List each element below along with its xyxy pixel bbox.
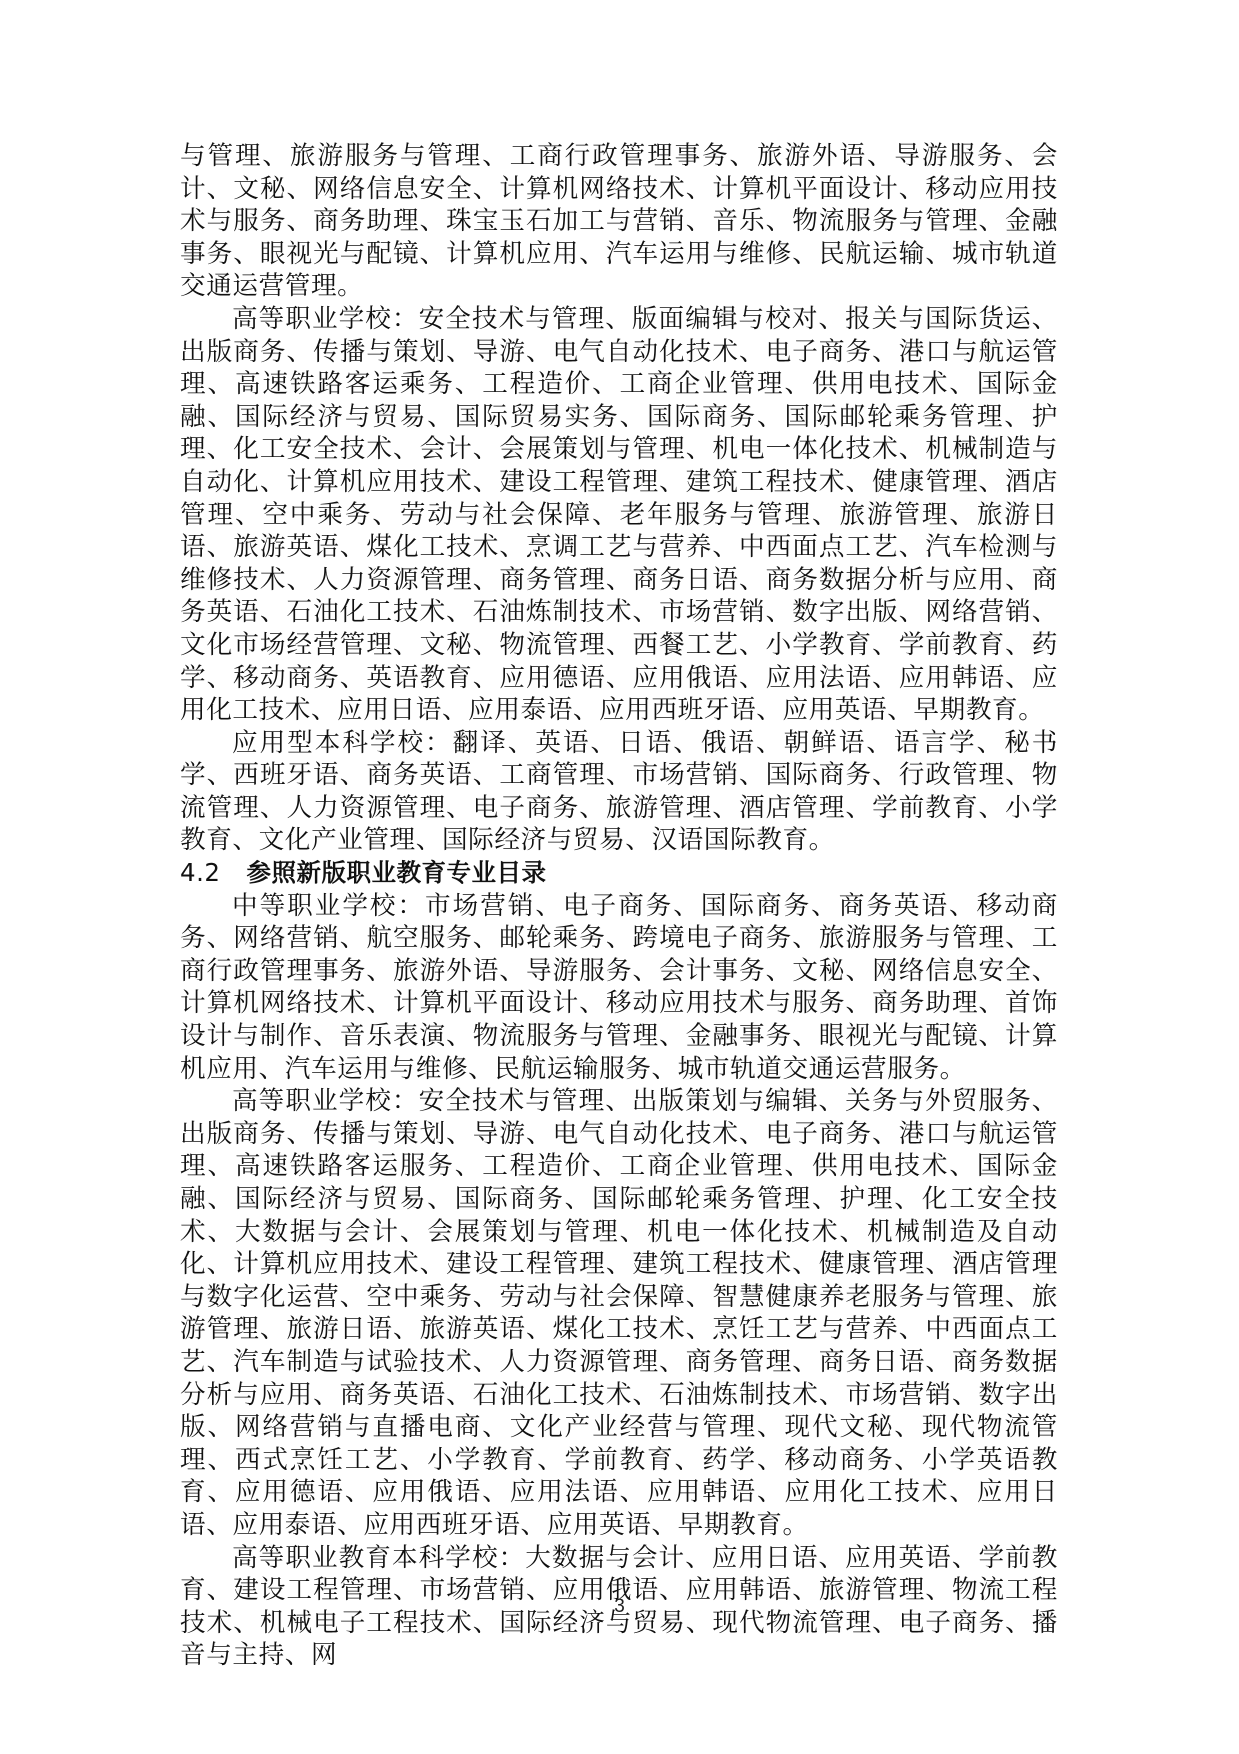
paragraph-applied-undergraduate: 应用型本科学校：翻译、英语、日语、俄语、朝鲜语、语言学、秘书学、西班牙语、商务英… [180,727,1058,857]
section-number: 4.2 [180,858,220,887]
section-title: 参照新版职业教育专业目录 [246,858,546,887]
paragraph-higher-vocational-new: 高等职业学校：安全技术与管理、出版策划与编辑、关务与外贸服务、出版商务、传播与策… [180,1085,1058,1541]
page-number: 3 [0,1596,1239,1618]
section-heading: 4.2参照新版职业教育专业目录 [180,857,1058,890]
paragraph-secondary-vocational: 中等职业学校：市场营销、电子商务、国际商务、商务英语、移动商务、网络营销、航空服… [180,890,1058,1086]
paragraph-higher-vocational-old: 高等职业学校：安全技术与管理、版面编辑与校对、报关与国际货运、出版商务、传播与策… [180,303,1058,727]
document-page: 与管理、旅游服务与管理、工商行政管理事务、旅游外语、导游服务、会计、文秘、网络信… [180,140,1058,1672]
paragraph-continuation: 与管理、旅游服务与管理、工商行政管理事务、旅游外语、导游服务、会计、文秘、网络信… [180,140,1058,303]
